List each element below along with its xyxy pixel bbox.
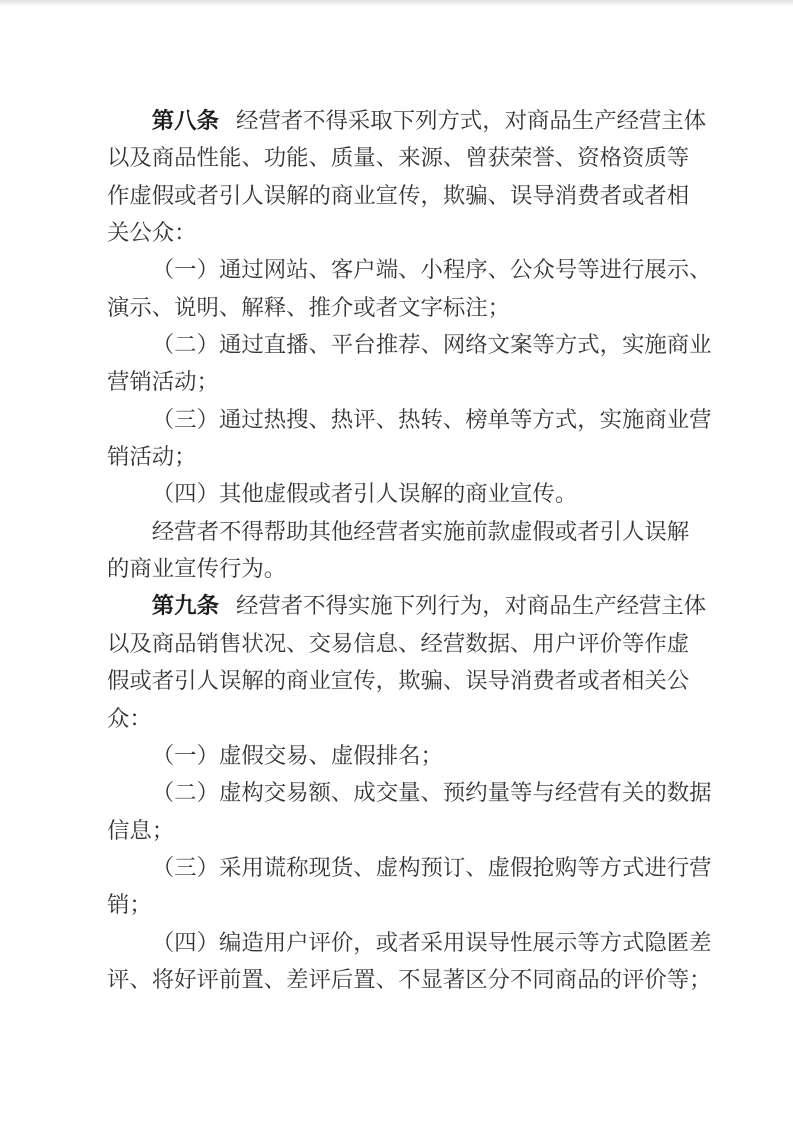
- article-8-intro-line-2: 以及商品性能、功能、质量、来源、曾获荣誉、资格资质等: [107, 139, 693, 176]
- article-8-item-1-line-2: 演示、说明、解释、推介或者文字标注；: [107, 289, 693, 326]
- article-8-intro-text: 经营者不得采取下列方式，对商品生产经营主体: [236, 108, 706, 133]
- article-9-item-2-line-2: 信息；: [107, 812, 693, 849]
- article-8-intro-line-4: 关公众：: [107, 214, 693, 251]
- article-8-intro-line-1: 第八条经营者不得采取下列方式，对商品生产经营主体: [107, 102, 693, 139]
- article-9-intro-line-4: 众：: [107, 700, 693, 737]
- article-8-item-3-line-1: （三）通过热搜、热评、热转、榜单等方式，实施商业营: [107, 401, 693, 438]
- article-9-item-3-line-2: 销；: [107, 886, 693, 923]
- scan-edge-shadow: [0, 0, 793, 6]
- article-9-intro-line-3: 假或者引人误解的商业宣传，欺骗、误导消费者或者相关公: [107, 662, 693, 699]
- article-8-item-4-line-1: （四）其他虚假或者引人误解的商业宣传。: [107, 475, 693, 512]
- document-page: 第八条经营者不得采取下列方式，对商品生产经营主体以及商品性能、功能、质量、来源、…: [0, 0, 793, 1122]
- article-9-intro-text: 经营者不得实施下列行为，对商品生产经营主体: [236, 593, 706, 618]
- article-9-intro-line-1: 第九条经营者不得实施下列行为，对商品生产经营主体: [107, 587, 693, 624]
- article-9-intro-line-2: 以及商品销售状况、交易信息、经营数据、用户评价等作虚: [107, 625, 693, 662]
- article-8-item-2-line-2: 营销活动；: [107, 363, 693, 400]
- article-9-item-4-line-1: （四）编造用户评价，或者采用误导性展示等方式隐匿差: [107, 924, 693, 961]
- document-body: 第八条经营者不得采取下列方式，对商品生产经营主体以及商品性能、功能、质量、来源、…: [107, 102, 693, 998]
- article-8-para-2-line-2: 的商业宣传行为。: [107, 550, 693, 587]
- article-9-item-4-line-2: 评、将好评前置、差评后置、不显著区分不同商品的评价等；: [107, 961, 693, 998]
- article-number: 第九条: [152, 593, 219, 618]
- article-8-item-3-line-2: 销活动；: [107, 438, 693, 475]
- article-number: 第八条: [152, 108, 219, 133]
- article-9-item-2-line-1: （二）虚构交易额、成交量、预约量等与经营有关的数据: [107, 774, 693, 811]
- article-9-item-1-line-1: （一）虚假交易、虚假排名；: [107, 737, 693, 774]
- article-8-intro-line-3: 作虚假或者引人误解的商业宣传，欺骗、误导消费者或者相: [107, 177, 693, 214]
- article-9-item-3-line-1: （三）采用谎称现货、虚构预订、虚假抢购等方式进行营: [107, 849, 693, 886]
- article-8-para-2-line-1: 经营者不得帮助其他经营者实施前款虚假或者引人误解: [107, 513, 693, 550]
- article-8-item-1-line-1: （一）通过网站、客户端、小程序、公众号等进行展示、: [107, 251, 693, 288]
- article-8-item-2-line-1: （二）通过直播、平台推荐、网络文案等方式，实施商业: [107, 326, 693, 363]
